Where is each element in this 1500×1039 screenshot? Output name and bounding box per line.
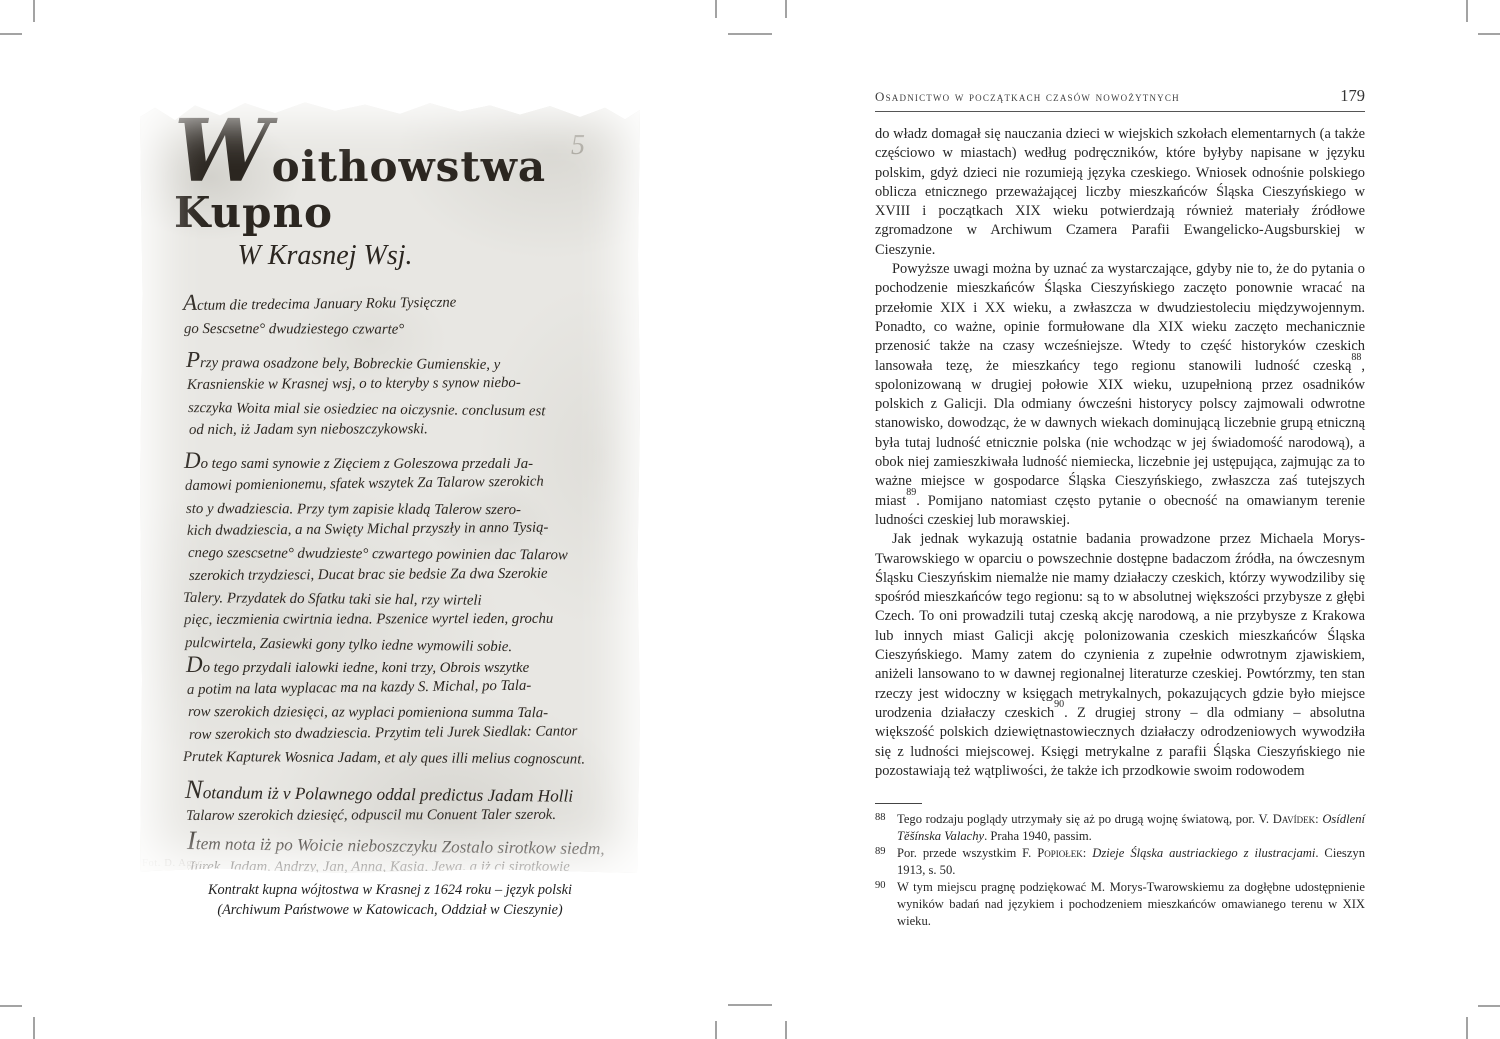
figure-caption-line1: Kontrakt kupna wójtostwa w Krasnej z 162… — [140, 881, 640, 901]
crop-mark — [1478, 33, 1500, 35]
crop-mark — [33, 0, 35, 22]
crop-mark — [728, 1004, 772, 1006]
footnote-text: Tego rodzaju poglądy utrzymały się aż po… — [897, 811, 1365, 845]
crop-mark — [1478, 1005, 1500, 1007]
manuscript-lines: Actum die tredecima January Roku Tysięcz… — [140, 292, 640, 922]
footnote: 88Tego rodzaju poglądy utrzymały się aż … — [875, 811, 1365, 845]
paragraph: Jak jednak wykazują ostatnie badania pro… — [875, 530, 1365, 781]
running-head: Osadnictwo w początkach czasów nowożytny… — [875, 89, 1180, 105]
manuscript-line: kich dwadziescia, a na Swięty Michal prz… — [187, 516, 631, 542]
footnote-text: W tym miejscu pragnę podziękować M. Mory… — [897, 879, 1365, 930]
manuscript-line — [186, 441, 630, 450]
footnote-ref: 88 — [1351, 352, 1361, 363]
footnote-rule — [875, 803, 922, 804]
crop-mark — [33, 1017, 35, 1039]
manuscript-photo: Woithowstwa Kupno W Krasnej Wsj. Actum d… — [140, 100, 640, 873]
manuscript-line: Actum die tredecima January Roku Tysięcz… — [183, 287, 627, 318]
text-page: Osadnictwo w początkach czasów nowożytny… — [875, 86, 1365, 930]
footnote: 90W tym miejscu pragnę podziękować M. Mo… — [875, 879, 1365, 930]
manuscript-line: Talarow szerokich dziesięć, odpuscil mu … — [186, 804, 630, 828]
crop-mark — [715, 1021, 717, 1039]
footnote-number: 90 — [875, 877, 897, 928]
page-number: 179 — [1340, 86, 1365, 106]
crop-mark — [0, 1005, 22, 1007]
footnote: 89Por. przede wszystkim F. Popiołek: Dzi… — [875, 845, 1365, 879]
manuscript-title: Woithowstwa Kupno — [140, 126, 640, 236]
crop-mark — [728, 33, 772, 35]
figure-caption: Kontrakt kupna wójtostwa w Krasnej z 162… — [140, 881, 640, 920]
manuscript-line: szerokich trzydziesci, Ducat brac sie be… — [189, 562, 633, 587]
manuscript-line: Jurek, Jadam, Andrzy, Jan, Anna, Kasia, … — [188, 856, 632, 878]
manuscript-line: Krasnienskie w Krasnej wsj, o to kteryby… — [187, 371, 631, 396]
paragraph: Powyższe uwagi można by uznać za wystarc… — [875, 260, 1365, 530]
manuscript-line: od nich, iż Jadam syn nieboszczykowski. — [189, 417, 633, 441]
manuscript-line: a potim na lata wyplacac ma na kazdy S. … — [187, 674, 631, 702]
body-text: do władz domagał się nauczania dzieci w … — [875, 125, 1365, 797]
manuscript-line: row szerokich sto dwadziescia. Przytim t… — [189, 720, 633, 746]
manuscript-line: go Sescsetne° dwudziestego czwarte° — [184, 318, 628, 342]
manuscript-line: Prutek Kapturek Wosnica Jadam, et aly qu… — [183, 746, 627, 771]
manuscript-line: damowi pomienionemu, sfatek wszytek Za T… — [185, 470, 629, 498]
book-spread-scan: Woithowstwa Kupno W Krasnej Wsj. Actum d… — [0, 0, 1500, 1039]
footnote-ref: 89 — [906, 487, 916, 498]
crop-mark — [1466, 1017, 1468, 1039]
footnote-number: 89 — [875, 843, 897, 877]
footnotes-section: 88Tego rodzaju poglądy utrzymały się aż … — [875, 803, 1365, 930]
paragraph: do władz domagał się nauczania dzieci w … — [875, 125, 1365, 260]
manuscript-subtitle: W Krasnej Wsj. — [140, 240, 640, 272]
manuscript-line: pięc, ieczmienia cwirtnia iedna. Pszenic… — [184, 608, 628, 632]
footnote-ref: 90 — [1054, 699, 1064, 710]
page-header: Osadnictwo w początkach czasów nowożytny… — [875, 86, 1365, 112]
photo-credit: Fot. D. Agac. — [142, 858, 206, 869]
crop-mark — [785, 0, 787, 18]
footnote-list: 88Tego rodzaju poglądy utrzymały się aż … — [875, 811, 1365, 930]
crop-mark — [0, 33, 22, 35]
manuscript-corner-number: 5 — [571, 130, 585, 162]
crop-mark — [715, 0, 717, 18]
footnote-number: 88 — [875, 809, 897, 843]
figure-caption-line2: (Archiwum Państwowe w Katowicach, Oddzia… — [140, 901, 640, 921]
crop-mark — [1466, 0, 1468, 22]
footnote-text: Por. przede wszystkim F. Popiołek: Dziej… — [897, 845, 1365, 879]
crop-mark — [785, 1021, 787, 1039]
